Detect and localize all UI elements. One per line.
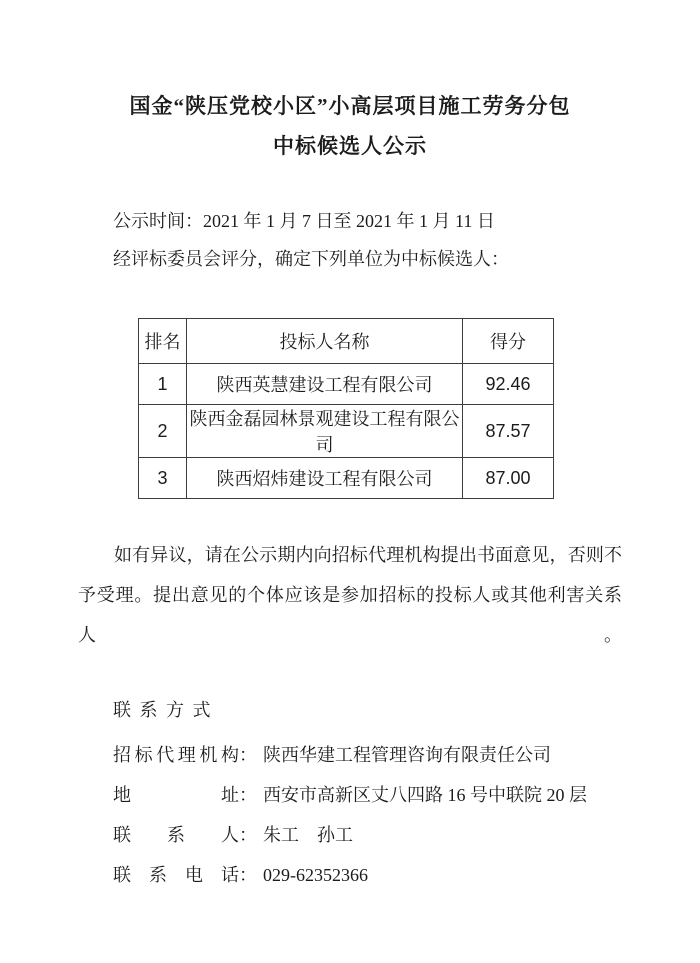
rank-cell: 2 xyxy=(139,405,187,458)
bidder-cell: 陕西金磊园林景观建设工程有限公司 xyxy=(187,405,463,458)
document-title: 国金“陕压党校小区”小高层项目施工劳务分包 中标候选人公示 xyxy=(78,86,622,166)
intro-section: 公示时间：2021 年 1 月 7 日至 2021 年 1 月 11 日 经评标… xyxy=(113,202,622,278)
contact-phone-value: 029-62352366 xyxy=(263,865,368,885)
contact-person-value: 朱工 孙工 xyxy=(263,825,353,845)
contact-agency-line: 招标代理机构：陕西华建工程管理咨询有限责任公司 xyxy=(113,735,622,775)
contact-address-label: 地址 xyxy=(113,775,239,815)
contact-items: 招标代理机构：陕西华建工程管理咨询有限责任公司 地址：西安市高新区丈八四路 16… xyxy=(113,735,622,895)
header-rank: 排名 xyxy=(139,319,187,364)
contact-agency-colon: ： xyxy=(239,735,257,775)
announcement-document: 国金“陕压党校小区”小高层项目施工劳务分包 中标候选人公示 公示时间：2021 … xyxy=(0,0,700,963)
contact-address-value: 西安市高新区丈八四路 16 号中联院 20 层 xyxy=(263,785,587,805)
header-bidder: 投标人名称 xyxy=(187,319,463,364)
score-cell: 87.57 xyxy=(463,405,554,458)
contact-phone-colon: ： xyxy=(239,855,257,895)
contact-address-line: 地址：西安市高新区丈八四路 16 号中联院 20 层 xyxy=(113,775,622,815)
bidder-cell: 陕西英慧建设工程有限公司 xyxy=(187,364,463,405)
score-cell: 87.00 xyxy=(463,458,554,499)
rank-cell: 3 xyxy=(139,458,187,499)
rank-cell: 1 xyxy=(139,364,187,405)
contact-person-label: 联系人 xyxy=(113,815,239,855)
evaluation-note-line: 经评标委员会评分，确定下列单位为中标候选人： xyxy=(113,240,622,278)
contact-person-colon: ： xyxy=(239,815,257,855)
contact-heading: 联 系 方 式 xyxy=(113,691,622,729)
contact-agency-value: 陕西华建工程管理咨询有限责任公司 xyxy=(263,745,551,765)
contact-address-colon: ： xyxy=(239,775,257,815)
title-line-1: 国金“陕压党校小区”小高层项目施工劳务分包 xyxy=(78,86,622,126)
table-header-row: 排名 投标人名称 得分 xyxy=(139,319,554,364)
contact-section: 联 系 方 式 招标代理机构：陕西华建工程管理咨询有限责任公司 地址：西安市高新… xyxy=(113,691,622,895)
table-row: 1 陕西英慧建设工程有限公司 92.46 xyxy=(139,364,554,405)
contact-phone-label: 联系电话 xyxy=(113,855,239,895)
contact-person-line: 联系人：朱工 孙工 xyxy=(113,815,622,855)
publicity-period-line: 公示时间：2021 年 1 月 7 日至 2021 年 1 月 11 日 xyxy=(113,202,622,240)
objection-line-1: 如有异议，请在公示期内向招标代理机构提出书面意见，否则不 xyxy=(78,535,622,575)
objection-line-2: 予受理。提出意见的个体应该是参加招标的投标人或其他利害关系人。 xyxy=(78,575,622,655)
contact-phone-line: 联系电话：029-62352366 xyxy=(113,855,622,895)
contact-agency-label: 招标代理机构 xyxy=(113,735,239,775)
score-cell: 92.46 xyxy=(463,364,554,405)
bidder-cell: 陕西炤炜建设工程有限公司 xyxy=(187,458,463,499)
table-row: 2 陕西金磊园林景观建设工程有限公司 87.57 xyxy=(139,405,554,458)
table-row: 3 陕西炤炜建设工程有限公司 87.00 xyxy=(139,458,554,499)
header-score: 得分 xyxy=(463,319,554,364)
candidates-table: 排名 投标人名称 得分 1 陕西英慧建设工程有限公司 92.46 2 陕西金磊园… xyxy=(138,318,554,499)
objection-paragraph: 如有异议，请在公示期内向招标代理机构提出书面意见，否则不 予受理。提出意见的个体… xyxy=(78,535,622,655)
title-line-2: 中标候选人公示 xyxy=(78,126,622,166)
